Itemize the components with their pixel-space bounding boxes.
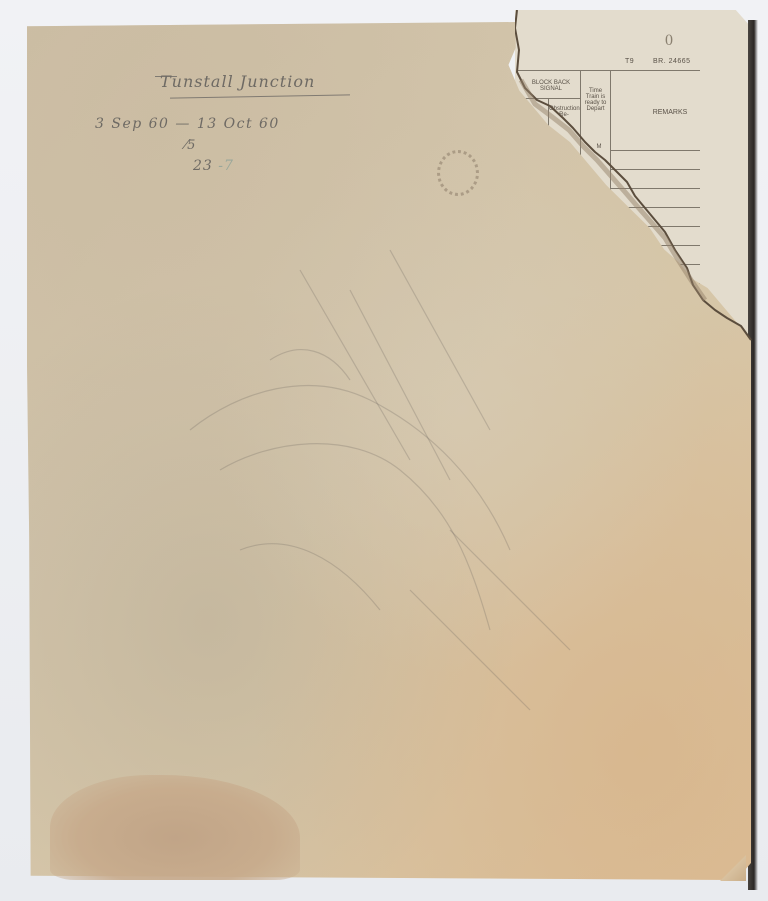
handwritten-mark: ⁄5 (185, 138, 195, 153)
form-ref: T9 (625, 58, 634, 65)
photo-scene: 0 T9 BR. 24665 BLOCK BACK SIGNAL Obstruc… (0, 0, 768, 901)
count-suffix: -7 (218, 158, 234, 174)
form-header-obstruction: Obstruction Re- (549, 106, 579, 118)
handwritten-title: Tunstall Junction (160, 72, 315, 91)
form-number-mark: 0 (665, 32, 673, 50)
form-code: BR. 24665 (653, 58, 691, 65)
count-value: 23 (193, 158, 213, 174)
form-top-rule (517, 70, 700, 71)
form-header-block-back: BLOCK BACK SIGNAL (523, 80, 579, 92)
form-header-m: M (593, 144, 605, 150)
form-row-rule (610, 188, 700, 189)
form-subhead-rule (523, 98, 580, 99)
form-row-rule (610, 150, 700, 151)
form-header-remarks: REMARKS (620, 110, 720, 116)
form-header-time-train: Time Train is ready to Depart (582, 88, 609, 112)
handwritten-date-range: 3 Sep 60 — 13 Oct 60 (95, 116, 280, 132)
circular-stain (437, 150, 479, 196)
form-row-rule (610, 169, 700, 170)
handwritten-count: 23 -7 (193, 158, 234, 174)
